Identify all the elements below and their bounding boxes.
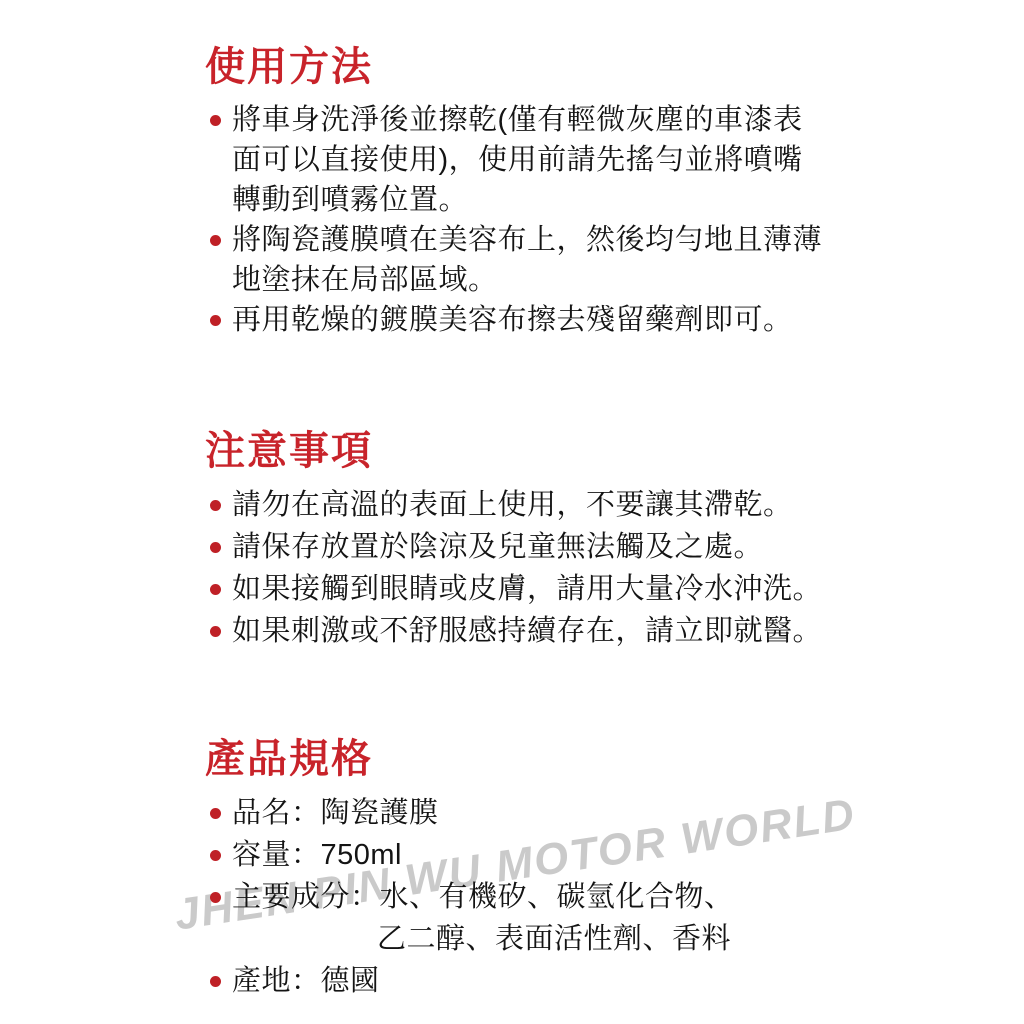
list-item-text: 如果接觸到眼睛或皮膚，請用大量冷水沖洗。 bbox=[232, 568, 845, 610]
list-item: 將陶瓷護膜噴在美容布上，然後均勻地且薄薄 地塗抹在局部區域。 bbox=[205, 220, 845, 300]
list-item: 如果接觸到眼睛或皮膚，請用大量冷水沖洗。 bbox=[205, 568, 845, 610]
list-item: 請保存放置於陰涼及兒童無法觸及之處。 bbox=[205, 526, 845, 568]
list-item-text: 將車身洗淨後並擦乾(僅有輕微灰塵的車漆表 面可以直接使用)，使用前請先搖勻並將噴… bbox=[232, 100, 845, 220]
text-line: 如果接觸到眼睛或皮膚，請用大量冷水沖洗。 bbox=[232, 568, 845, 610]
bullet-dot-icon bbox=[205, 834, 232, 861]
list-item-text: 主要成分：水、有機矽、碳氫化合物、 乙二醇、表面活性劑、香料 bbox=[232, 876, 845, 960]
bullet-dot-icon bbox=[205, 792, 232, 819]
list-item-text: 請保存放置於陰涼及兒童無法觸及之處。 bbox=[232, 526, 845, 568]
list-item: 品名：陶瓷護膜 bbox=[205, 792, 845, 834]
section-specs: 產品規格 品名：陶瓷護膜 容量：750ml 主要成分：水、有機矽、碳氫化合物、 … bbox=[205, 736, 845, 1002]
text-line: 請保存放置於陰涼及兒童無法觸及之處。 bbox=[232, 526, 845, 568]
bullet-dot-icon bbox=[205, 526, 232, 553]
section-usage: 使用方法 將車身洗淨後並擦乾(僅有輕微灰塵的車漆表 面可以直接使用)，使用前請先… bbox=[205, 44, 845, 340]
caution-list: 請勿在高溫的表面上使用，不要讓其滯乾。 請保存放置於陰涼及兒童無法觸及之處。 如… bbox=[205, 484, 845, 652]
bullet-dot-icon bbox=[205, 100, 232, 126]
list-item: 如果刺激或不舒服感持續存在，請立即就醫。 bbox=[205, 610, 845, 652]
text-line: 面可以直接使用)，使用前請先搖勻並將噴嘴 bbox=[232, 140, 845, 180]
text-line: 將車身洗淨後並擦乾(僅有輕微灰塵的車漆表 bbox=[232, 100, 845, 140]
list-item-text: 品名：陶瓷護膜 bbox=[232, 792, 845, 834]
section-specs-heading: 產品規格 bbox=[205, 736, 845, 782]
bullet-dot-icon bbox=[205, 484, 232, 511]
spec-ingredients: 主要成分：水、有機矽、碳氫化合物、 bbox=[232, 876, 845, 918]
bullet-dot-icon bbox=[205, 568, 232, 595]
text-line: 將陶瓷護膜噴在美容布上，然後均勻地且薄薄 bbox=[232, 220, 845, 260]
text-line: 地塗抹在局部區域。 bbox=[232, 260, 845, 300]
bullet-dot-icon bbox=[205, 610, 232, 637]
spec-ingredients-continued: 乙二醇、表面活性劑、香料 bbox=[232, 918, 845, 960]
product-info-page: JHEN PIN WU MOTOR WORLD 使用方法 將車身洗淨後並擦乾(僅… bbox=[0, 0, 1024, 1024]
section-usage-heading: 使用方法 bbox=[205, 44, 845, 90]
text-line: 如果刺激或不舒服感持續存在，請立即就醫。 bbox=[232, 610, 845, 652]
list-item-text: 再用乾燥的鍍膜美容布擦去殘留藥劑即可。 bbox=[232, 300, 845, 340]
specs-list: 品名：陶瓷護膜 容量：750ml 主要成分：水、有機矽、碳氫化合物、 乙二醇、表… bbox=[205, 792, 845, 1002]
text-line: 請勿在高溫的表面上使用，不要讓其滯乾。 bbox=[232, 484, 845, 526]
list-item-text: 產地：德國 bbox=[232, 960, 845, 1002]
list-item: 容量：750ml bbox=[205, 834, 845, 876]
usage-list: 將車身洗淨後並擦乾(僅有輕微灰塵的車漆表 面可以直接使用)，使用前請先搖勻並將噴… bbox=[205, 100, 845, 340]
list-item-text: 將陶瓷護膜噴在美容布上，然後均勻地且薄薄 地塗抹在局部區域。 bbox=[232, 220, 845, 300]
spec-origin: 產地：德國 bbox=[232, 960, 845, 1002]
bullet-dot-icon bbox=[205, 300, 232, 326]
bullet-dot-icon bbox=[205, 876, 232, 903]
list-item-text: 容量：750ml bbox=[232, 834, 845, 876]
list-item: 再用乾燥的鍍膜美容布擦去殘留藥劑即可。 bbox=[205, 300, 845, 340]
section-caution: 注意事項 請勿在高溫的表面上使用，不要讓其滯乾。 請保存放置於陰涼及兒童無法觸及… bbox=[205, 428, 845, 652]
bullet-dot-icon bbox=[205, 220, 232, 246]
bullet-dot-icon bbox=[205, 960, 232, 987]
list-item: 將車身洗淨後並擦乾(僅有輕微灰塵的車漆表 面可以直接使用)，使用前請先搖勻並將噴… bbox=[205, 100, 845, 220]
text-line: 再用乾燥的鍍膜美容布擦去殘留藥劑即可。 bbox=[232, 300, 845, 340]
list-item-text: 如果刺激或不舒服感持續存在，請立即就醫。 bbox=[232, 610, 845, 652]
text-line: 轉動到噴霧位置。 bbox=[232, 180, 845, 220]
spec-volume: 容量：750ml bbox=[232, 834, 845, 876]
list-item: 主要成分：水、有機矽、碳氫化合物、 乙二醇、表面活性劑、香料 bbox=[205, 876, 845, 960]
spec-product-name: 品名：陶瓷護膜 bbox=[232, 792, 845, 834]
list-item: 請勿在高溫的表面上使用，不要讓其滯乾。 bbox=[205, 484, 845, 526]
list-item: 產地：德國 bbox=[205, 960, 845, 1002]
list-item-text: 請勿在高溫的表面上使用，不要讓其滯乾。 bbox=[232, 484, 845, 526]
section-caution-heading: 注意事項 bbox=[205, 428, 845, 474]
